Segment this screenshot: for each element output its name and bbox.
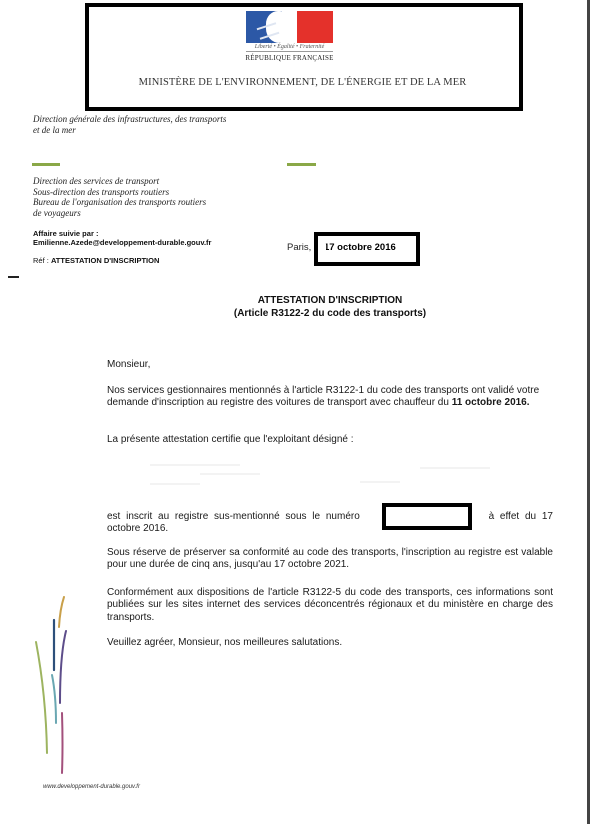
footer-website-link[interactable]: www.developpement-durable.gouv.fr xyxy=(43,784,140,790)
registration-effect: à effet du 17 xyxy=(489,511,553,523)
document-title: ATTESTATION D'INSCRIPTION xyxy=(200,295,460,306)
contact-email: Emilienne.Azede@developpement-durable.go… xyxy=(33,238,211,247)
header-redaction-box xyxy=(85,3,523,111)
contact-label: Affaire suivie par : xyxy=(33,229,211,238)
green-divider xyxy=(287,163,316,166)
reference-value: ATTESTATION D'INSCRIPTION xyxy=(51,256,159,265)
service-block: Direction des services de transport Sous… xyxy=(33,176,206,218)
reference-line: Réf : ATTESTATION D'INSCRIPTION xyxy=(33,256,159,265)
date-redaction-fill xyxy=(318,244,326,254)
service-line: de voyageurs xyxy=(33,208,206,219)
green-divider xyxy=(32,163,60,166)
document-subtitle: (Article R3122-2 du code des transports) xyxy=(200,308,460,319)
contact-block: Affaire suivie par : Emilienne.Azede@dev… xyxy=(33,229,211,247)
paragraph-certification: La présente attestation certifie que l'e… xyxy=(107,434,553,446)
salutation: Monsieur, xyxy=(107,359,553,371)
paragraph-validation: Nos services gestionnaires mentionnés à … xyxy=(107,385,553,410)
registration-effect-date: octobre 2016. xyxy=(107,523,553,535)
direction-generale-line: Direction générale des infrastructures, … xyxy=(33,114,226,125)
service-line: Direction des services de transport xyxy=(33,176,206,187)
fold-mark xyxy=(8,276,19,278)
closing-formula: Veuillez agréer, Monsieur, nos meilleure… xyxy=(107,637,553,649)
registration-number-redaction-box xyxy=(382,503,472,530)
paragraph-validity: Sous réserve de préserver sa conformité … xyxy=(107,547,553,572)
reference-label: Réf : xyxy=(33,256,51,265)
registration-text: est inscrit au registre sus-mentionné so… xyxy=(107,511,360,523)
direction-generale: Direction générale des infrastructures, … xyxy=(33,114,226,135)
paragraph-registration: est inscrit au registre sus-mentionné so… xyxy=(107,511,553,536)
service-line: Sous-direction des transports routiers xyxy=(33,187,206,198)
direction-generale-line: et de la mer xyxy=(33,125,226,136)
validation-date: 11 octobre 2016. xyxy=(452,397,530,408)
paragraph-publication: Conformément aux dispositions de l'artic… xyxy=(107,587,553,624)
colored-strokes-icon xyxy=(30,595,80,785)
service-line: Bureau de l'organisation des transports … xyxy=(33,197,206,208)
date-redaction-box xyxy=(314,232,420,266)
